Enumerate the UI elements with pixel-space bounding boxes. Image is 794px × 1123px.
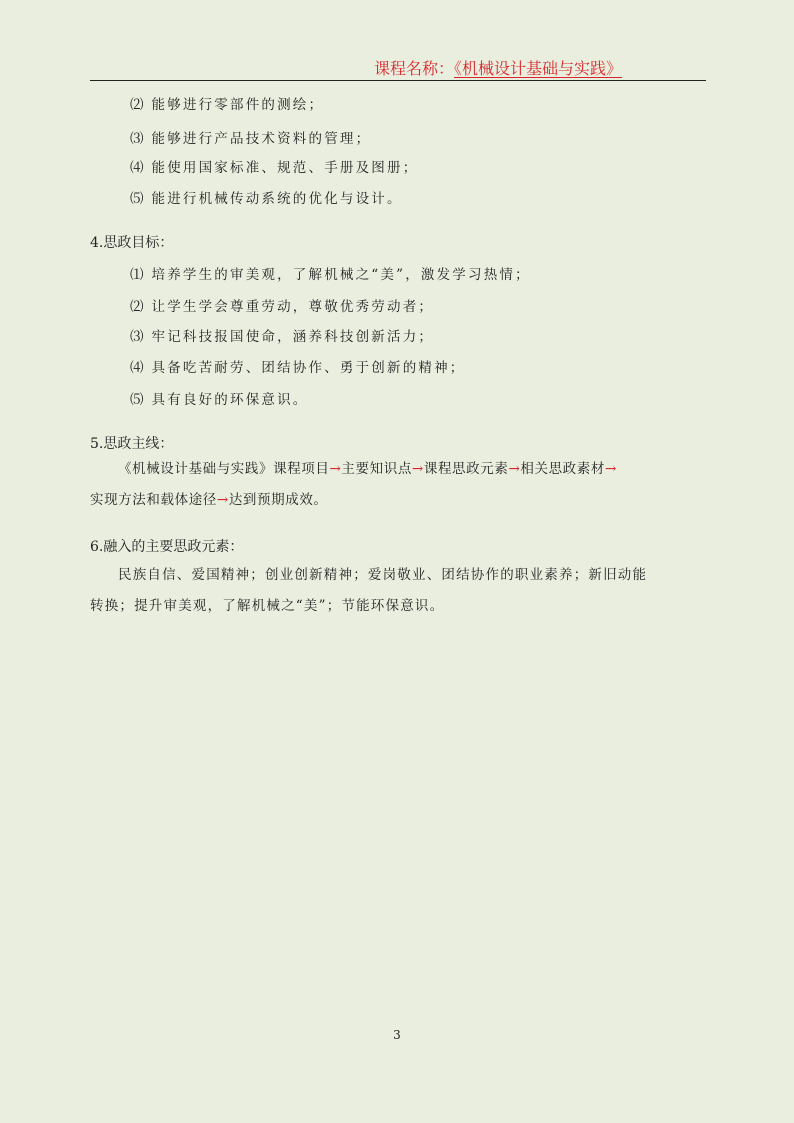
ideology-elements: 民族自信、爱国精神；创业创新精神；爱岗敬业、团结协作的职业素养；新旧动能转换；提… <box>90 560 706 622</box>
course-title: 课程名称：《机械设计基础与实践》 <box>374 56 622 79</box>
arrow-icon: → <box>508 461 520 477</box>
page-number: 3 <box>0 1028 794 1042</box>
arrow-icon: → <box>605 461 617 477</box>
ability-item: ⑶能够进行产品技术资料的管理； <box>130 127 371 147</box>
goal-item: ⑷具备吃苦耐劳、团结协作、勇于创新的精神； <box>130 356 466 376</box>
goal-item: ⑶牢记科技报国使命，涵养科技创新活力； <box>130 325 434 345</box>
section-heading-6: 6.融入的主要思政元素： <box>90 536 243 556</box>
goal-item: ⑴培养学生的审美观，了解机械之“美”，激发学习热情； <box>130 263 531 283</box>
section-heading-4: 4.思政目标： <box>90 232 173 252</box>
goal-item: ⑵让学生学会尊重劳动，尊敬优秀劳动者； <box>130 295 434 315</box>
page-header: 课程名称：《机械设计基础与实践》 <box>90 56 706 81</box>
course-label: 课程名称： <box>374 59 454 78</box>
section-heading-5: 5.思政主线： <box>90 433 173 453</box>
arrow-icon: → <box>412 461 424 477</box>
ability-item: ⑵能够进行零部件的测绘； <box>130 93 324 113</box>
course-name: 《机械设计基础与实践》 <box>454 59 622 78</box>
goal-item: ⑸具有良好的环保意识。 <box>130 388 309 408</box>
ability-item: ⑷能使用国家标准、规范、手册及图册； <box>130 156 418 176</box>
ideology-mainline: 《机械设计基础与实践》课程项目→主要知识点→课程思政元素→相关思政素材→实现方法… <box>90 454 706 516</box>
arrow-icon: → <box>330 461 342 477</box>
arrow-icon: → <box>217 492 229 508</box>
ability-item: ⑸能进行机械传动系统的优化与设计。 <box>130 187 403 207</box>
